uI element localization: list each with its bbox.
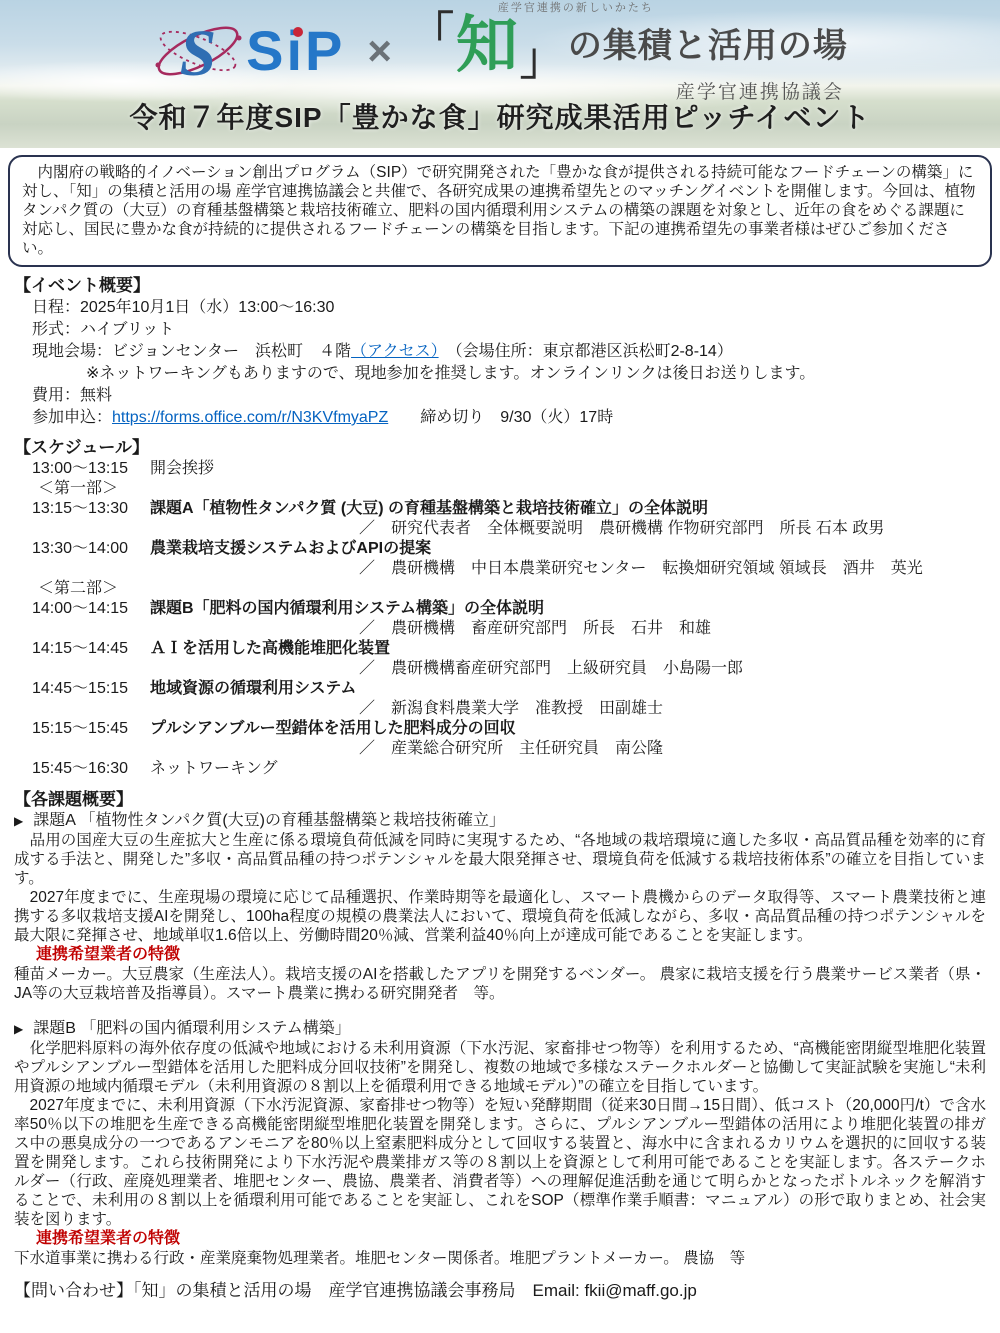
schedule-row: 13:30～14:00 農業栽培支援システムおよびAPIの提案 [14,539,986,559]
sip-orbit-icon: S [152,12,244,90]
chi-glyph: 知 [456,15,518,77]
flyer-page: S SiP × 産学官連携の新しいかたち 「 知 」 の集積と活用の場 [0,0,1000,1333]
schedule-time: 13:30～14:00 [32,539,150,559]
open-bracket: 「 [410,12,454,56]
schedule-part-1: ＜第一部＞ [38,479,986,499]
triangle-bullet-icon: ▶ [14,1019,23,1039]
overview-note: ※ネットワーキングもありますので、現地参加を推奨します。オンラインリンクは後日お… [86,363,986,385]
schedule-title: 課題A「植物性タンパク質 (大豆) の育種基盤構築と栽培技術確立」の全体説明 [150,499,986,519]
topic-a-feature-heading: 連携希望業者の特徴 [36,945,986,965]
venue-text: 現地会場：ビジョンセンター 浜松町 ４階 [32,343,351,360]
sip-logo: S SiP [152,12,345,90]
cross-icon: × [367,30,392,72]
schedule-row: 14:15～14:45 ＡＩを活用した高機能堆肥化装置 [14,639,986,659]
topic-a-title: 課題A 「植物性タンパク質(大豆)の育種基盤構築と栽培技術確立」 [33,811,505,831]
schedule-row: 15:15～15:45 プルシアンブルー型錯体を活用した肥料成分の回収 [14,719,986,739]
topic-b-title: 課題B 「肥料の国内循環利用システム構築」 [33,1019,351,1039]
topic-gap [14,1003,986,1019]
contact-label: 【問い合わせ】 [14,1281,133,1300]
topic-b-feature-text: 下水道事業に携わる行政・産業廃棄物処理業者。堆肥センター関係者。堆肥プラントメー… [14,1249,986,1268]
overview-fee: 費用：無料 [32,385,986,407]
topic-b-paragraph-1: 化学肥料原料の海外依存度の低減や地域における未利用資源（下水汚泥、家畜排せつ物等… [14,1039,986,1096]
schedule-title: 課題B「肥料の国内循環利用システム構築」の全体説明 [150,599,986,619]
overview-heading: 【イベント概要】 [14,275,986,297]
overview-date: 日程：2025年10月1日（水）13:00～16:30 [32,297,986,319]
schedule-title: ＡＩを活用した高機能堆肥化装置 [150,639,986,659]
sip-wordmark: SiP [246,23,345,79]
schedule-part-2: ＜第二部＞ [38,579,986,599]
schedule-title: 地域資源の循環利用システム [150,679,986,699]
logo-row: S SiP × 産学官連携の新しいかたち 「 知 」 の集積と活用の場 [0,0,1000,96]
schedule-time: 13:15～13:30 [32,499,150,519]
intro-text: 内閣府の戦略的イノベーション創出プログラム（SIP）で研究開発された「豊かな食が… [22,164,976,257]
schedule-row: 13:00～13:15 開会挨拶 [14,459,986,479]
schedule-title: ネットワーキング [150,759,986,779]
intro-box: 内閣府の戦略的イノベーション創出プログラム（SIP）で研究開発された「豊かな食が… [8,155,992,267]
schedule-section: 【スケジュール】 13:00～13:15 開会挨拶 ＜第一部＞ 13:15～13… [0,437,1000,779]
chi-main-row: 「 知 」 の集積と活用の場 [410,15,848,77]
schedule-time: 14:45～15:15 [32,679,150,699]
schedule-row: 13:15～13:30 課題A「植物性タンパク質 (大豆) の育種基盤構築と栽培… [14,499,986,519]
svg-text:S: S [180,17,217,90]
schedule-heading: 【スケジュール】 [14,437,986,459]
chi-tagline: 産学官連携の新しいかたち [498,0,848,15]
page-title: 令和７年度SIP「豊かな食」研究成果活用ピッチイベント [0,96,1000,136]
topic-b-feature-heading: 連携希望業者の特徴 [36,1229,986,1249]
schedule-presenter: ／ 研究代表者 全体概要説明 農研機構 作物研究部門 所長 石本 政男 [359,519,986,539]
schedule-title: プルシアンブルー型錯体を活用した肥料成分の回収 [150,719,986,739]
triangle-bullet-icon: ▶ [14,811,23,831]
chi-logo: 産学官連携の新しいかたち 「 知 」 の集積と活用の場 産学官連携協議会 [410,0,848,104]
topic-b-heading: ▶ 課題B 「肥料の国内循環利用システム構築」 [14,1019,986,1039]
overview-venue: 現地会場：ビジョンセンター 浜松町 ４階（アクセス） （会場住所：東京都港区浜松… [32,341,986,363]
apply-label: 参加申込： [32,409,112,426]
schedule-row: 14:00～14:15 課題B「肥料の国内循環利用システム構築」の全体説明 [14,599,986,619]
schedule-row: 15:45～16:30 ネットワーキング [14,759,986,779]
overview-format: 形式：ハイブリット [32,319,986,341]
schedule-time: 15:45～16:30 [32,759,150,779]
schedule-time: 14:00～14:15 [32,599,150,619]
schedule-presenter: ／ 農研機構畜産研究部門 上級研究員 小島陽一郎 [359,659,986,679]
header-banner: S SiP × 産学官連携の新しいかたち 「 知 」 の集積と活用の場 [0,0,1000,148]
apply-deadline: 締め切り 9/30（火）17時 [388,409,613,426]
schedule-time: 15:15～15:45 [32,719,150,739]
topic-a-heading: ▶ 課題A 「植物性タンパク質(大豆)の育種基盤構築と栽培技術確立」 [14,811,986,831]
close-bracket: 」 [520,38,564,82]
topics-heading: 【各課題概要】 [14,789,986,811]
topic-a-paragraph-2: 2027年度までに、生産現場の環境に応じて品種選択、作業時期等を最適化し、スマー… [14,888,986,945]
apply-form-link[interactable]: https://forms.office.com/r/N3KVfmyaPZ [112,409,388,426]
access-link[interactable]: （アクセス） [351,343,439,360]
topic-a-feature-text: 種苗メーカー。大豆農家（生産法人）。栽培支援のAIを搭載したアプリを開発するベン… [14,965,986,1003]
schedule-time: 13:00～13:15 [32,459,150,479]
event-overview-section: 【イベント概要】 日程：2025年10月1日（水）13:00～16:30 形式：… [0,275,1000,429]
schedule-row: 14:45～15:15 地域資源の循環利用システム [14,679,986,699]
schedule-presenter: ／ 新潟食料農業大学 准教授 田副雄士 [359,699,986,719]
schedule-presenter: ／ 産業総合研究所 主任研究員 南公隆 [359,739,986,759]
schedule-title: 農業栽培支援システムおよびAPIの提案 [150,539,986,559]
schedule-presenter: ／ 農研機構 中日本農業研究センター 転換畑研究領域 領域長 酒井 英光 [359,559,986,579]
chi-main-text: の集積と活用の場 [568,29,848,63]
schedule-time: 14:15～14:45 [32,639,150,659]
venue-address: （会場住所：東京都港区浜松町2-8-14） [439,343,733,360]
contact-line: 【問い合わせ】「知」の集積と活用の場 産学官連携協議会事務局 Email: fk… [14,1280,1000,1302]
topic-a-paragraph-1: 品用の国産大豆の生産拡大と生産に係る環境負荷低減を同時に実現するため、“各地域の… [14,831,986,888]
schedule-presenter: ／ 農研機構 畜産研究部門 所長 石井 和雄 [359,619,986,639]
schedule-title: 開会挨拶 [150,459,986,479]
topics-section: 【各課題概要】 ▶ 課題A 「植物性タンパク質(大豆)の育種基盤構築と栽培技術確… [0,789,1000,1268]
overview-apply: 参加申込：https://forms.office.com/r/N3KVfmya… [32,407,986,429]
topic-b-paragraph-2: 2027年度までに、未利用資源（下水汚泥資源、家畜排せつ物等）を短い発酵期間（従… [14,1096,986,1229]
contact-text: 「知」の集積と活用の場 産学官連携協議会事務局 Email: fkii@maff… [133,1281,697,1300]
